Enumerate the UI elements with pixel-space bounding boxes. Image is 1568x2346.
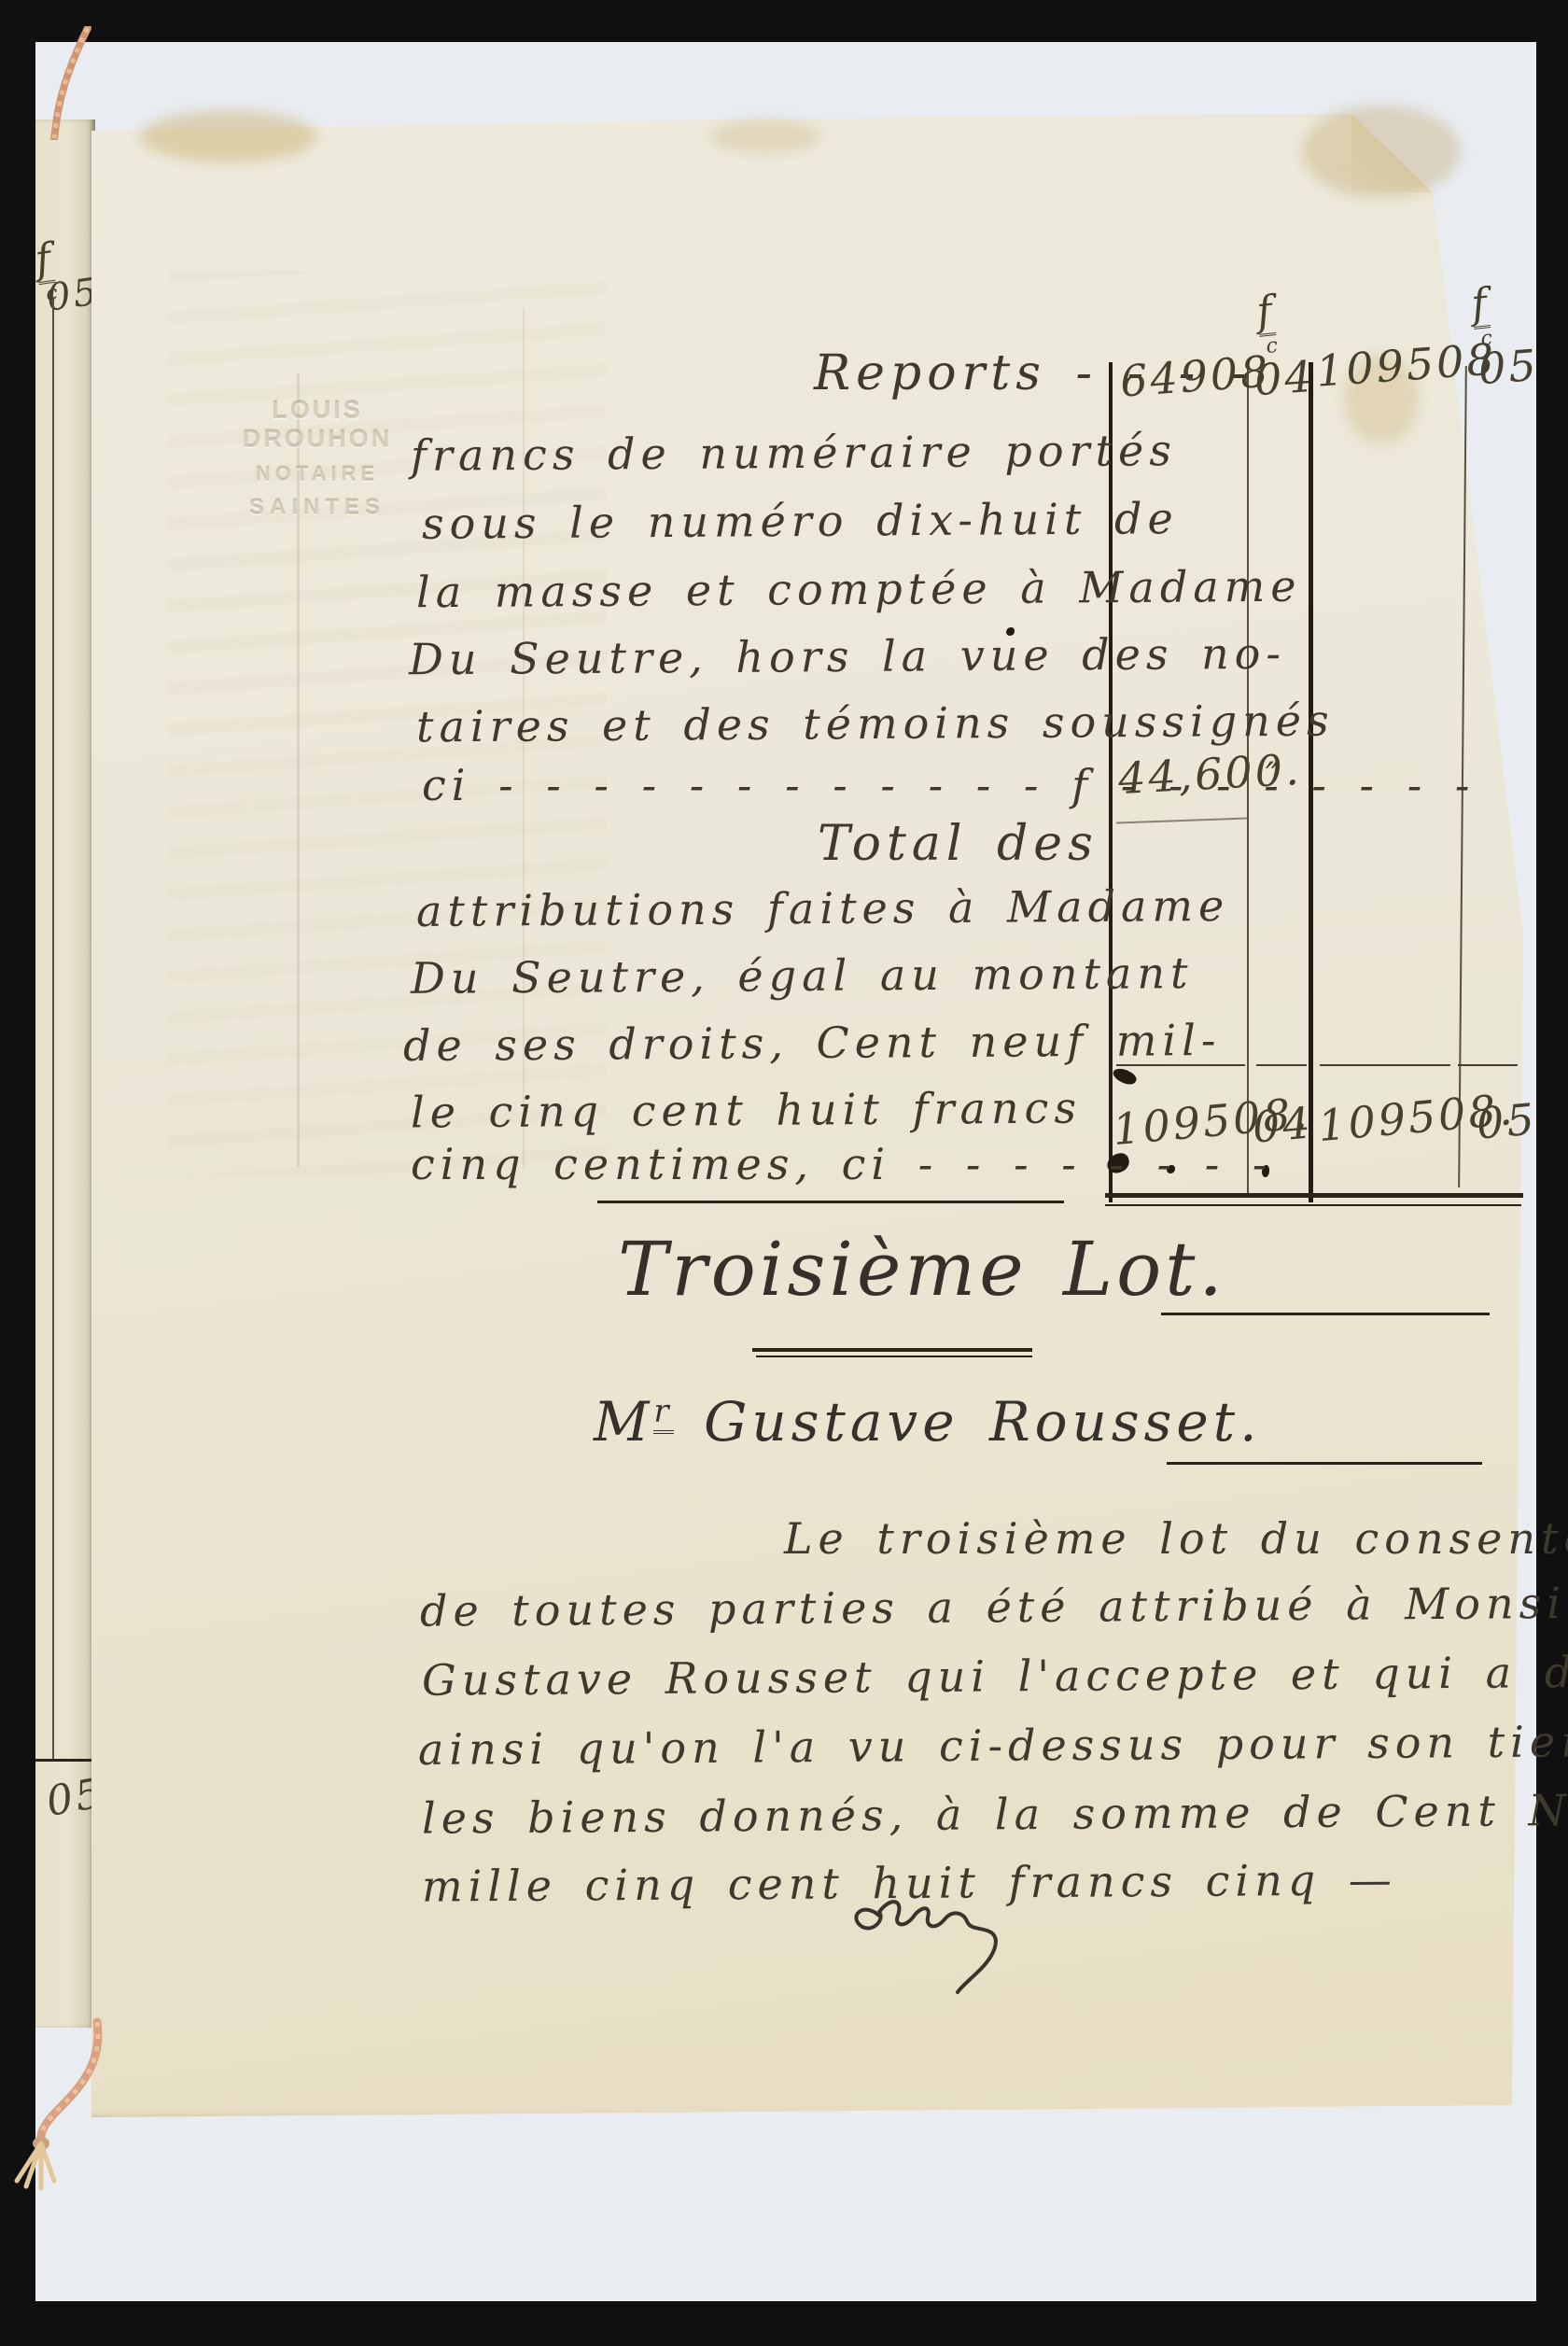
scanned-notarial-document: f c 05 05 LOUIS DROUHON NOTAIRE SAINTES … [0, 0, 1568, 2346]
binding-cord-top [28, 26, 114, 140]
stamp-name: LOUIS DROUHON [210, 396, 425, 454]
text-line: de toutes parties a été attribué à Monsi… [420, 1580, 1568, 1632]
margin-column-line [52, 297, 54, 1759]
reports-amount-centimes-2: 05 [1477, 344, 1540, 390]
total-amount-centimes-2: 05 [1475, 1097, 1538, 1145]
attached-page-edge: f c 05 05 [35, 119, 95, 2028]
subheading-trailing-rule [1167, 1462, 1482, 1465]
stamp-title: NOTAIRE [210, 462, 425, 486]
text-line: sous le numéro dix-huit de [422, 497, 1179, 545]
ledger-row-separator [1256, 1064, 1307, 1066]
text-line: Du Seutre, égal au montant [411, 951, 1194, 1000]
text-line: taires et des témoins soussignés [416, 699, 1335, 749]
text-line: ci - - - - - - - - - - - - f - - - - - -… [422, 764, 1475, 807]
margin-amount-fragment-bottom: 05 [44, 1773, 95, 1823]
honorific-superscript: r [653, 1393, 673, 1434]
beneficiary-name: Mr Gustave Rousset. [594, 1395, 1262, 1449]
text-line: Le troisième lot du consentement [784, 1517, 1568, 1560]
text-line: la masse et comptée à Madame [416, 565, 1302, 614]
reports-amount-francs-2: 109508 [1315, 337, 1498, 392]
honorific: M [594, 1390, 653, 1454]
section-heading: Troisième Lot. [618, 1232, 1226, 1307]
ledger-bottom-rule [1105, 1193, 1523, 1198]
reports-amount-centimes-1: 04 [1253, 355, 1316, 401]
text-line: Total des [818, 820, 1099, 868]
heading-underline [752, 1348, 1032, 1352]
text-line: ainsi qu'on l'a vu ci-dessus pour son ti… [418, 1719, 1568, 1771]
reports-amount-francs-1: 64908 [1119, 349, 1272, 402]
paper-stain [1302, 105, 1461, 198]
ledger-bottom-rule [1105, 1204, 1521, 1206]
text-line: le cinq cent huit francs [411, 1086, 1082, 1133]
text-line: cinq centimes, ci - - - - - - - - [411, 1143, 1272, 1186]
text-line: de ses droits, Cent neuf mil- [403, 1018, 1222, 1067]
paragraph-rule [597, 1201, 1064, 1203]
stamp-city: SAINTES [210, 495, 425, 521]
paper-stain [709, 119, 821, 153]
margin-rule [35, 1759, 91, 1762]
ledger-row-separator [1320, 1064, 1450, 1066]
paper-stain [140, 110, 317, 162]
heading-trailing-rule [1161, 1313, 1490, 1315]
paraph-signature [840, 1893, 1055, 2005]
text-line: francs de numéraire portés [411, 428, 1177, 477]
notary-embossed-stamp: LOUIS DROUHON NOTAIRE SAINTES [210, 396, 425, 521]
text-line: Gustave Rousset qui l'accepte et qui a d… [422, 1650, 1568, 1701]
binding-cord-bottom [11, 1998, 161, 2213]
text-line: attributions faites à Madame [416, 884, 1230, 933]
heading-underline [756, 1356, 1032, 1357]
text-line: Du Seutre, hors la vue des no- [409, 632, 1286, 681]
person-name: Gustave Rousset. [674, 1390, 1262, 1454]
text-line: les biens donnés, à la somme de Cent Neu… [422, 1788, 1568, 1839]
ledger-row-separator [1458, 1064, 1518, 1066]
